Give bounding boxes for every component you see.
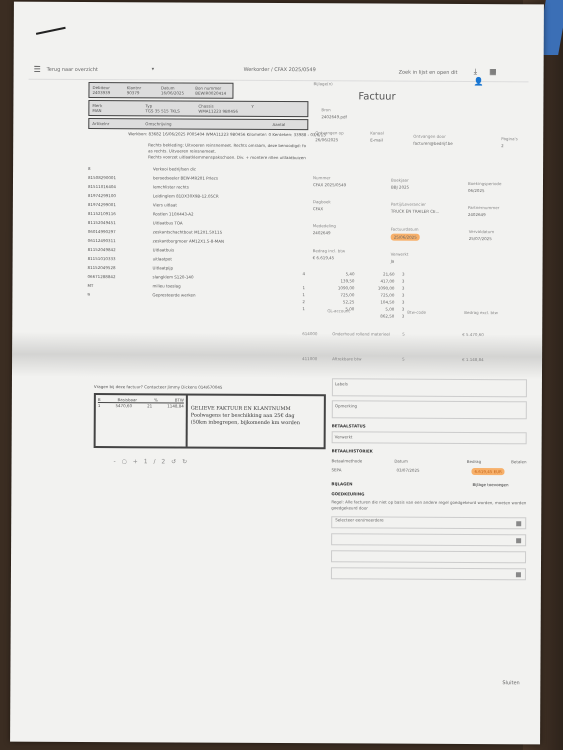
pen-mark (36, 27, 66, 35)
history-row: SEPA03/07/20256.619,45 EUR (331, 465, 526, 477)
article-code: 81151010333 (88, 256, 153, 261)
approval-text: Regel: Alle facturen die niet op basis v… (331, 499, 526, 512)
btw-summary: BBasisbaar%BTW 15470,60211148,84 (96, 395, 188, 446)
article-code: 06671288842 (87, 274, 152, 279)
value: MAN (92, 108, 145, 113)
article-description: Uitlaatpijp (153, 265, 174, 270)
label: Artikelnr (92, 121, 145, 126)
article-header: Artikelnr Omschrijving Aantal (88, 118, 308, 130)
approval-title: GOEDKEURING (331, 491, 526, 497)
reference-line: Werkbon: 83682 16/06/2025 P005404 WMA112… (128, 131, 308, 137)
contact-line: Vragen bij deze factuur? Contacteer Jimm… (94, 384, 326, 390)
article-code: 81152109116 (88, 211, 153, 216)
due-date-field: Vervaldatum25/07/2025 (469, 229, 495, 241)
payment-status-title: BETAALSTATUS (332, 423, 527, 429)
reference-field[interactable]: Verwerkt (332, 431, 527, 444)
payment-history-title: BETAALHISTORIEK (332, 448, 527, 454)
article-code: MT (87, 283, 152, 288)
value: 16/06/2025 (161, 90, 195, 95)
article-code: 81152049451 (88, 220, 153, 225)
amount-excl-header: Bedrag excl. btw (464, 310, 498, 315)
remark-field[interactable]: Opmerking (332, 400, 527, 419)
note: Rechts voorzet uitlaatklemmenspakschoen.… (148, 154, 308, 161)
attachments-title: BIJLAGENBijlage toevoegen (331, 481, 526, 487)
received-by-field: Ontvangen doorfacturen@bedrijf.be (413, 134, 453, 146)
document-type: Factuur (358, 91, 395, 102)
rotate-left-icon[interactable]: ↺ (171, 458, 178, 465)
received-field: Ontvangen op26/06/2025 (315, 130, 343, 142)
btw-code-header: Btw-code (407, 310, 426, 315)
value: 2403939 (92, 90, 126, 95)
labels-field[interactable]: Labels (332, 378, 527, 397)
article-code: 06112490311 (88, 238, 153, 243)
article-description: milieu toeslag (152, 283, 180, 288)
gl-account-header: GL-account (327, 308, 350, 313)
file-field: Bron2402649.pdf (321, 107, 347, 119)
page-title: Werkorder / CFAX 2025/0549 (244, 67, 316, 73)
article-code: 81152049842 (88, 247, 153, 252)
article-code: 8 (88, 166, 153, 171)
approvers-select[interactable]: Selecteer een/meerdere (331, 516, 526, 529)
highlighted-date: 25/06/2025 (391, 234, 420, 241)
partner-number-field: Partnernummer2402649 (468, 205, 499, 217)
article-code: 81974299001 (88, 202, 153, 207)
article-code: 81508290001 (88, 175, 153, 180)
pdf-pager: - ○ + 1 / 2 ↺ ↻ (114, 458, 326, 466)
article-description: lemchlister rechts (153, 184, 189, 189)
dropdown-icon[interactable] (516, 538, 521, 543)
fiscal-year-field: BoekjaarBBJ 2025 (391, 178, 409, 190)
value (251, 109, 304, 114)
rotate-right-icon[interactable]: ↻ (182, 459, 189, 466)
invoice-line: 9Gepresteerde werken (87, 290, 307, 300)
article-description: uitlaatpot (153, 256, 172, 261)
value: TGS 35 515 TKLS (145, 108, 198, 113)
verified-field: VerwerktJa (391, 252, 409, 264)
booking-period-field: Boekingsperiode06/2025 (468, 181, 502, 193)
zoom-icon[interactable]: ○ (122, 458, 129, 465)
article-description: Leidinglem 81DX30X9B-12.05CR (153, 193, 219, 198)
text-field[interactable] (331, 550, 526, 563)
dropdown-icon[interactable] (516, 521, 521, 526)
value: 90379 (127, 90, 161, 95)
vehicle-box: Merk Typ Chassis Y MAN TGS 35 515 TKLS W… (88, 100, 308, 117)
toolbar-icons: ⤓▦👤 (474, 67, 529, 86)
attachment-label: Bijlage(n) (314, 81, 333, 86)
chevron-down-icon[interactable]: ▾ (152, 66, 155, 72)
zoom-out-button[interactable]: - (114, 458, 118, 465)
value: BEWIR0020414 (195, 91, 229, 96)
side-panel: Labels Opmerking BETAALSTATUS Verwerkt B… (331, 378, 527, 585)
article-description: Viers uitlaat (153, 202, 177, 207)
paper-fold (12, 332, 542, 380)
select-field[interactable] (331, 533, 526, 546)
search-input[interactable]: Zoek in lijst en open dit (399, 70, 458, 76)
article-code: 9 (87, 292, 152, 297)
amounts-panel: 45,4021,603139,50417,00311090,001090,003… (302, 271, 522, 321)
notes: Rechts bekleding: Uitvoeren reinsnemeet.… (148, 142, 308, 161)
btw-table: BBasisbaar%BTW 15470,60211148,84 GELIEVE… (94, 393, 326, 449)
add-attachment-button[interactable]: Bijlage toevoegen (472, 482, 508, 487)
pdf-viewer: Debiteur Klantnr Datum Bon nummer 240393… (87, 82, 308, 300)
pages-field: Pagina's2 (501, 136, 518, 148)
close-button[interactable]: Sluiten (502, 680, 519, 686)
supplier-field[interactable]: Partij/LeverancierTRUCK EN TRAILER CE... (391, 202, 440, 214)
pdf-page-bottom: Vragen bij deze factuur? Contacteer Jimm… (94, 384, 326, 466)
menu-icon[interactable]: ☰ (34, 65, 41, 74)
footer-note: GELIEVE FAKTUUR EN KLANTNUMM Poolwagens … (188, 396, 304, 448)
article-code: 81974299100 (88, 193, 153, 198)
grid-icon[interactable]: ▦ (489, 67, 509, 76)
invoice-number-field: NummerCFAX 2025/0549 (313, 175, 346, 187)
label: Aantal (272, 122, 304, 127)
label: Omschrijving (145, 121, 272, 127)
article-description: zeskantschachtbout M12X1.5X115 (153, 229, 222, 234)
download-icon[interactable]: ⤓ (474, 67, 490, 76)
channel-field: KanaalE-mail (370, 130, 384, 142)
dropdown-icon[interactable] (516, 572, 521, 577)
top-bar: ☰ Terug naar overzicht ▾ Werkorder / CFA… (29, 60, 529, 83)
article-description: Verkooi bedrijfsen dic (153, 166, 196, 171)
user-icon[interactable]: 👤 (474, 77, 496, 86)
article-description: beroedseeler BEW-MR201 Prlecs (153, 175, 218, 180)
article-description: Uitlaatbuis (153, 247, 174, 252)
article-description: zeskantborgmoer AM12X1.5-8-MAN (153, 238, 224, 243)
zoom-in-button[interactable]: + (133, 458, 140, 465)
article-description: Uitlaatbus TOA (153, 220, 183, 225)
message-field: Mededeling2402649 (313, 223, 336, 235)
note: Rechts bekleding: Uitvoeren reinsnemeet.… (148, 142, 308, 155)
article-description: Gepresteerde werken (152, 292, 195, 297)
article-code: 81152049528 (88, 265, 153, 270)
article-code: 06014990297 (88, 229, 153, 234)
invoice-date-field: Factuurdatum25/06/2025 (391, 227, 420, 241)
article-code: 81511016404 (88, 184, 153, 189)
value: WMA11223 9B0456 (198, 109, 251, 114)
article-description: slangklem S120-140 (152, 274, 193, 279)
select-field[interactable] (331, 567, 526, 580)
invoice-header-box: Debiteur Klantnr Datum Bon nummer 240393… (88, 82, 233, 99)
highlighted-amount: 6.619,45 EUR (471, 468, 504, 475)
invoice-lines: 8Verkooi bedrijfsen dic81508290001beroed… (87, 164, 308, 300)
back-link[interactable]: Terug naar overzicht (47, 67, 98, 73)
article-description: Rostlen 110X443-A2 (153, 211, 194, 216)
page-indicator: 1 / 2 (144, 458, 168, 465)
amount-incl-field: Bedrag incl. btw€ 6.619,45 (313, 248, 346, 260)
journal-field: DagboekCFAX (313, 199, 331, 211)
printed-screenshot: ☰ Terug naar overzicht ▾ Werkorder / CFA… (10, 2, 544, 745)
pay-action[interactable]: Betalen (511, 459, 526, 464)
